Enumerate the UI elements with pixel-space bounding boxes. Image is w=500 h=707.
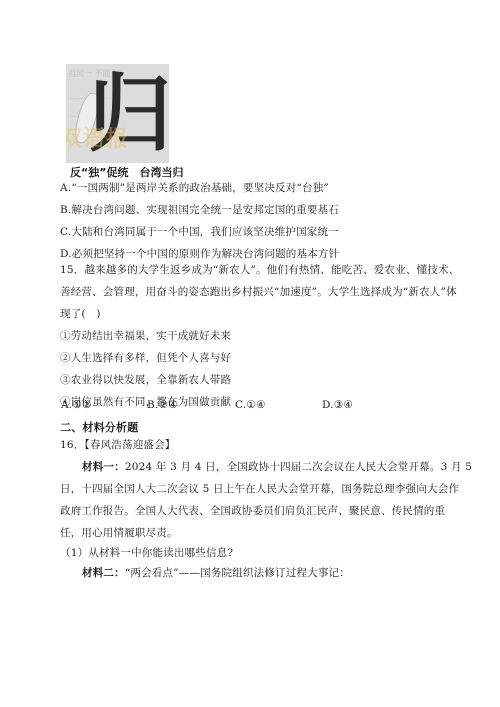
- q14-option-d: D.必须把坚持一个中国的原则作为解决台湾问题的基本方针: [60, 247, 339, 261]
- figure-image: 祖国一 不能少 一一 一 一 一 一一 一 一 一一 一 一 一 归 双语报: [66, 64, 169, 163]
- material-2-label: 材料二：: [82, 567, 125, 579]
- q15-stem-line: 现了( ): [60, 307, 101, 321]
- q15-statement-1: ①劳动结出幸福果，实干成就好未来: [60, 329, 231, 343]
- material-1-line: 日，十四届全国人大二次会议 5 日上午在人民大会堂开幕，国务院总理李强向大会作: [60, 482, 459, 496]
- q15-choice-c: C.①④: [235, 398, 266, 412]
- q14-option-a: A.“一国两制”是两岸关系的政治基础，要坚决反对“台独”: [60, 181, 329, 195]
- q15-statement-3: ③农业得以快发展，全靠新农人带路: [60, 373, 231, 387]
- q15-stem-line: 15．越来越多的大学生返乡成为“新农人”。他们有热情、能吃苦、爱农业、懂技术、: [60, 263, 459, 277]
- material-2-line: 材料二：“两会看点”——国务院组织法修订过程大事记：: [82, 566, 350, 580]
- q15-choice-d: D.③④: [322, 398, 353, 412]
- figure-caption: 反“独”促统 台湾当归: [70, 164, 183, 180]
- material-2-text: “两会看点”——国务院组织法修订过程大事记：: [125, 567, 350, 579]
- q15-choices: A.①② B.②④ C.①④ D.③④: [0, 398, 500, 412]
- material-1-text: 2024 年 3 月 4 日，全国政协十四届二次会议在人民大会堂开幕。3 月 5: [125, 461, 472, 473]
- q15-choice-b: B.②④: [147, 398, 178, 412]
- q15-statement-2: ②人生选择有多样，但凭个人喜与好: [60, 351, 231, 365]
- material-1-line: 任，用心用情履职尽责。: [60, 526, 178, 540]
- q15-stem-line: 善经营、会管理，用奋斗的姿态跑出乡村振兴“加速度”。大学生选择成为“新农人”体: [60, 285, 457, 299]
- q14-option-c: C.大陆和台湾同属于一个中国，我们应该坚决维护国家统一: [60, 225, 339, 239]
- watermark: 双语报: [66, 122, 129, 153]
- q14-option-b: B.解决台湾问题、实现祖国完全统一是安邦定国的重要基石: [60, 203, 339, 217]
- material-1-first-line: 材料一：2024 年 3 月 4 日，全国政协十四届二次会议在人民大会堂开幕。3…: [82, 460, 472, 474]
- section-title: 二、材料分析题: [60, 421, 138, 435]
- q16-header: 16．【春风浩荡迎盛会】: [60, 438, 176, 452]
- q15-choice-a: A.①②: [61, 398, 92, 412]
- material-1-line: 政府工作报告。全国人大代表、全国政协委员们肩负汇民声、聚民意、传民情的重: [60, 504, 445, 518]
- material-1-label: 材料一：: [82, 461, 125, 473]
- sub-question-1: （1）从材料一中你能读出哪些信息?: [60, 546, 233, 560]
